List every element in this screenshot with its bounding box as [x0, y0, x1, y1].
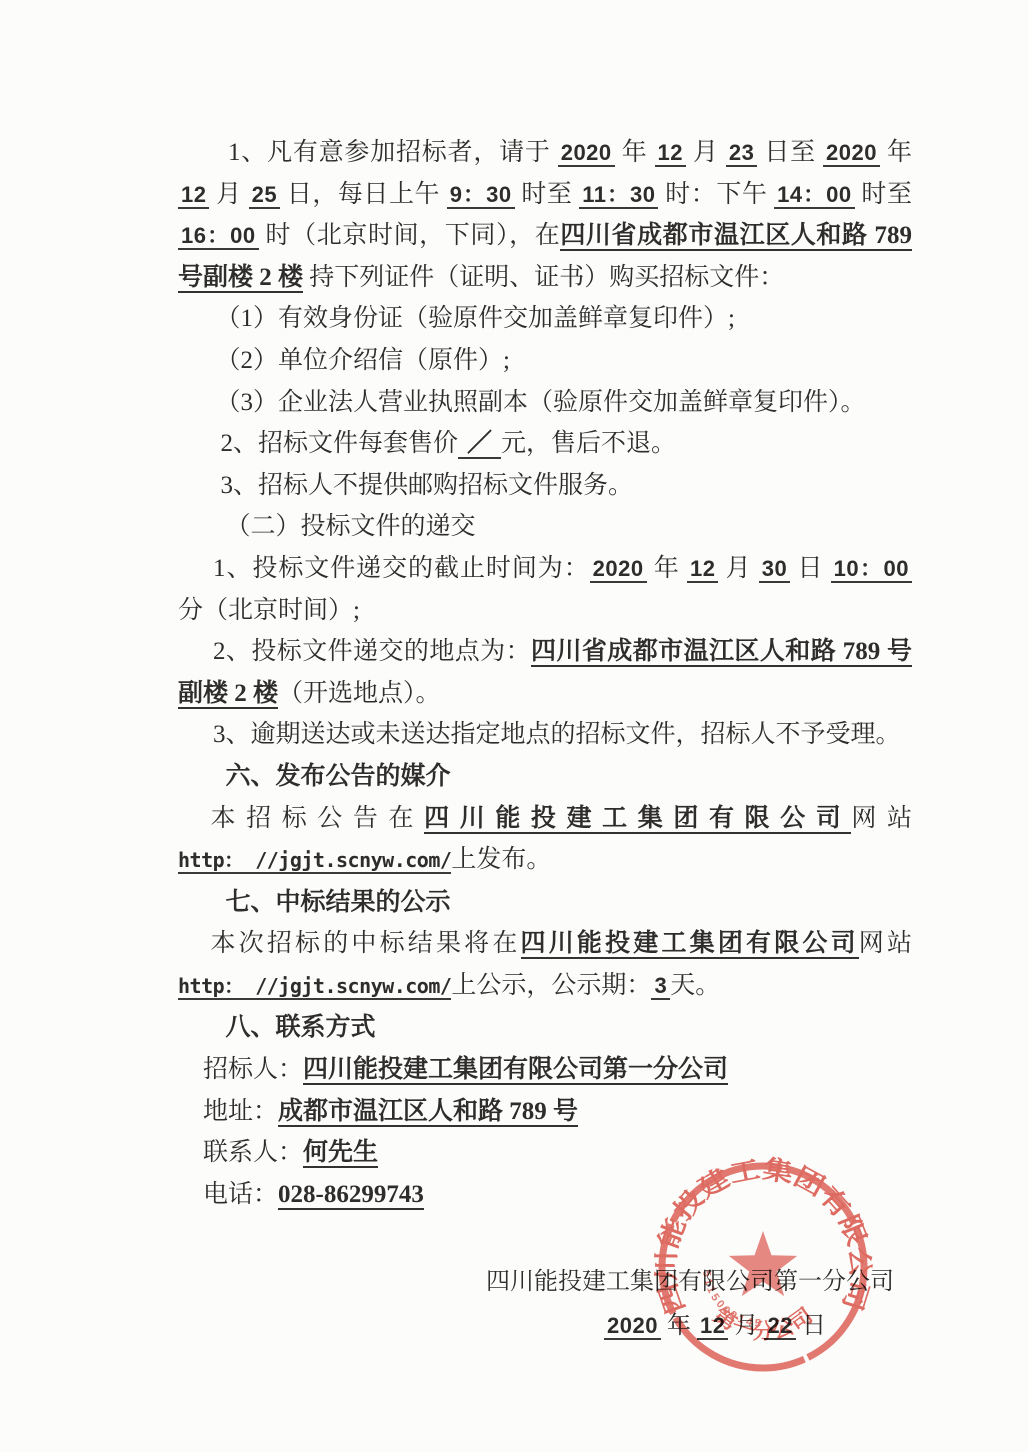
blank-value-time: 10：00: [831, 556, 912, 583]
para-announcement-media: 本招标公告在四川能投建工集团有限公司网站 http： //jgjt.scnyw.…: [178, 798, 912, 882]
publicity-days-value: 3: [651, 973, 670, 1000]
text-run: 月: [209, 181, 248, 208]
text-run: 年: [661, 1313, 697, 1339]
contact-phone-row: 电话：028-86299743: [178, 1174, 912, 1216]
text-run: 时至: [855, 181, 912, 208]
text-run: 日至: [757, 139, 823, 166]
text-run: 网站: [851, 805, 912, 832]
blank-value-day: 23: [726, 140, 757, 167]
contact-address-row: 地址：成都市温江区人和路 789 号: [178, 1091, 912, 1133]
text-run: 日: [790, 555, 830, 582]
text-run: 1、投标文件递交的截止时间为：: [213, 555, 590, 582]
text-run: 2、招标文件每套售价: [221, 430, 459, 457]
contact-bidder-row: 招标人：四川能投建工集团有限公司第一分公司: [178, 1049, 912, 1091]
field-label: 联系人：: [203, 1139, 303, 1166]
text-run: （1）有效身份证（验原件交加盖鲜章复印件）;: [216, 305, 735, 332]
heading-contact-info: 八、联系方式: [178, 1007, 912, 1049]
bidder-name-value: 四川能投建工集团有限公司第一分公司: [303, 1056, 728, 1085]
website-url: //jgjt.scnyw.com/: [255, 974, 451, 1000]
subheading-bid-submission: （二）投标文件的递交: [178, 506, 912, 548]
blank-value-day: 30: [759, 556, 790, 583]
blank-value-month: 12: [655, 140, 686, 167]
text-run: 上发布。: [451, 846, 551, 873]
field-label: 招标人：: [203, 1056, 303, 1083]
para-submission-deadline: 1、投标文件递交的截止时间为：2020 年 12 月 30 日 10：00 分（…: [178, 548, 912, 631]
website-url: //jgjt.scnyw.com/: [255, 848, 451, 874]
company-name-value: 四川能投建工集团有限公司: [521, 930, 859, 959]
text-run: 2、投标文件递交的地点为：: [213, 638, 531, 665]
text-run: 本次招标的中标结果将在: [211, 930, 521, 957]
address-value: 成都市温江区人和路 789 号: [278, 1098, 578, 1127]
text-run: 持下列证件（证明、证书）购买招标文件：: [303, 264, 784, 291]
blank-value-time: 9：30: [447, 182, 515, 209]
scanned-tender-document-page: 1、凡有意参加招标者，请于 2020 年 12 月 23 日至 2020 年 1…: [0, 0, 1028, 1452]
blank-value-time: 14：00: [774, 182, 855, 209]
blank-value-year: 2020: [823, 140, 880, 167]
blank-value-year: 2020: [590, 556, 647, 583]
blank-value-year: 2020: [558, 140, 615, 167]
website-url: http：: [178, 974, 255, 1000]
signature-year: 2020: [604, 1313, 661, 1340]
blank-value-month: 12: [687, 556, 718, 583]
blank-slash-value: ／: [458, 430, 501, 459]
text-run: 月: [728, 1313, 764, 1339]
para-submission-place: 2、投标文件递交的地点为：四川省成都市温江区人和路 789 号副楼 2 楼（开选…: [178, 631, 912, 714]
text-run: （2）单位介绍信（原件）;: [216, 347, 510, 374]
text-run: 分（北京时间）;: [178, 597, 360, 624]
heading-award-publicity: 七、中标结果的公示: [178, 882, 912, 924]
heading-text: 八、联系方式: [226, 1014, 376, 1041]
text-run: 元，售后不退。: [501, 430, 676, 457]
text-run: 1、凡有意参加招标者，请于: [228, 139, 558, 166]
text-run: 日: [796, 1313, 826, 1339]
para-purchase-info: 1、凡有意参加招标者，请于 2020 年 12 月 23 日至 2020 年 1…: [178, 132, 912, 298]
signature-company-line: 四川能投建工集团有限公司第一分公司: [468, 1262, 912, 1302]
website-url: http：: [178, 848, 255, 874]
text-run: （开选地点）。: [278, 680, 441, 707]
text-run: 月: [686, 139, 726, 166]
text-run: 上公示，公示期：: [451, 972, 651, 999]
contact-person-value: 何先生: [303, 1139, 378, 1168]
field-label: 地址：: [203, 1098, 278, 1125]
heading-text: 七、中标结果的公示: [226, 889, 451, 916]
signature-company-text: 四川能投建工集团有限公司第一分公司: [486, 1269, 894, 1295]
company-name-value: 四川能投建工集团有限公司: [424, 805, 851, 834]
phone-number-value: 028-86299743: [278, 1181, 424, 1210]
text-run: 年: [880, 139, 912, 166]
heading-announcement-media: 六、发布公告的媒介: [178, 756, 912, 798]
contact-person-row: 联系人：何先生: [178, 1132, 912, 1174]
text-run: （3）企业法人营业执照副本（验原件交加盖鲜章复印件）。: [216, 389, 866, 416]
text-run: 日，每日上午: [280, 181, 447, 208]
blank-value-month: 12: [178, 182, 209, 209]
list-item-intro-letter: （2）单位介绍信（原件）;: [178, 340, 912, 382]
field-label: 电话：: [203, 1181, 278, 1208]
blank-value-time: 11：30: [579, 182, 658, 209]
signature-month: 12: [697, 1313, 728, 1340]
text-run: 3、逾期送达或未送达指定地点的招标文件，招标人不予受理。: [213, 721, 901, 748]
heading-text: 六、发布公告的媒介: [226, 763, 451, 790]
document-body: 1、凡有意参加招标者，请于 2020 年 12 月 23 日至 2020 年 1…: [178, 132, 912, 1215]
list-item-business-license: （3）企业法人营业执照副本（验原件交加盖鲜章复印件）。: [178, 382, 912, 424]
blank-value-day: 25: [249, 182, 280, 209]
text-run: 时：下午: [658, 181, 774, 208]
text-run: 3、招标人不提供邮购招标文件服务。: [221, 472, 634, 499]
text-run: 本招标公告在: [211, 805, 425, 832]
text-run: 网站: [859, 930, 912, 957]
text-run: 月: [718, 555, 758, 582]
para-no-mail-order: 3、招标人不提供邮购招标文件服务。: [178, 465, 912, 507]
text-run: 年: [647, 555, 687, 582]
signature-day: 22: [764, 1313, 795, 1340]
text-run: 时至: [515, 181, 580, 208]
text-run: 年: [615, 139, 655, 166]
text-run: （二）投标文件的递交: [226, 513, 476, 540]
list-item-id-card: （1）有效身份证（验原件交加盖鲜章复印件）;: [178, 298, 912, 340]
para-overdue-rejection: 3、逾期送达或未送达指定地点的招标文件，招标人不予受理。: [178, 714, 912, 756]
text-run: 时（北京时间，下同），在: [259, 222, 561, 249]
signature-date-line: 2020 年 12 月 22 日: [560, 1306, 870, 1346]
para-award-publicity: 本次招标的中标结果将在四川能投建工集团有限公司网站 http： //jgjt.s…: [178, 923, 912, 1007]
text-run: 天。: [670, 972, 720, 999]
blank-value-time: 16：00: [178, 223, 259, 250]
para-document-price: 2、招标文件每套售价／元，售后不退。: [178, 423, 912, 465]
